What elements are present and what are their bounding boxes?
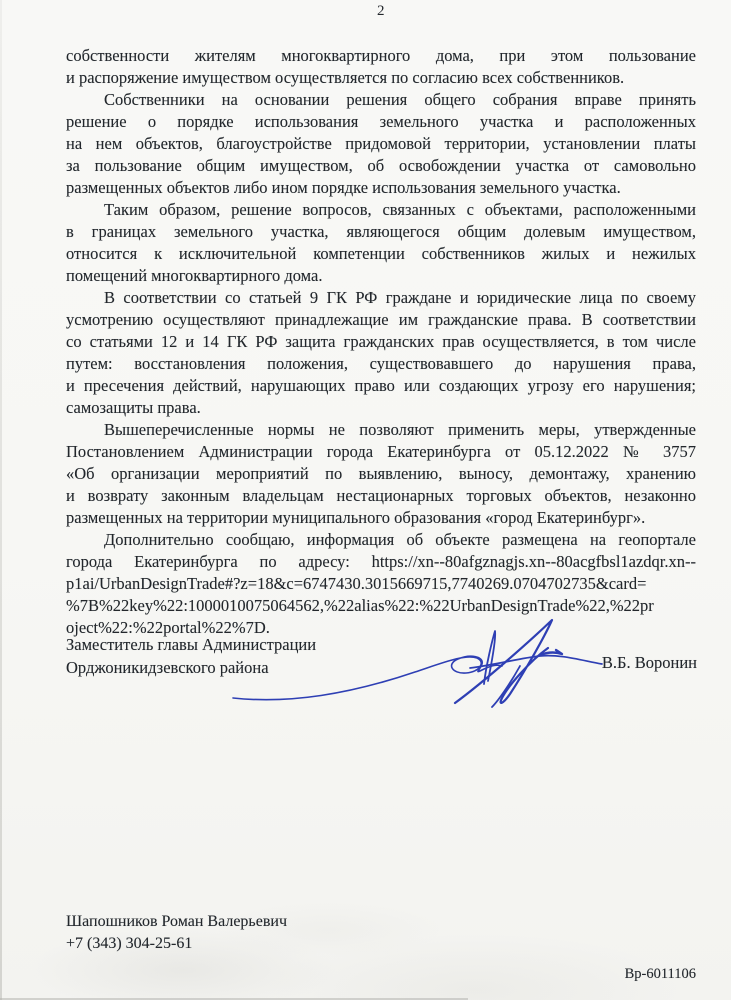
text-line: Собственники на основании решения общего… [66,89,696,111]
text-line: за пользование общим имуществом, об осво… [66,155,696,177]
handwritten-signature-ink [230,606,610,711]
executor-contacts: Шапошников Роман Валерьевич +7 (343) 304… [66,911,287,954]
scan-edge-left-line [0,0,2,1000]
document-page: 2 собственности жителям многоквартирного… [0,0,731,1000]
text-line: «Об организации мероприятий по выявлению… [66,463,696,485]
text-line: Дополнительно сообщаю, информация об объ… [66,529,696,551]
executor-name: Шапошников Роман Валерьевич [66,911,287,933]
text-line: p1ai/UrbanDesignTrade#?z=18&c=6747430.30… [66,573,696,595]
text-line: на нем объектов, благоустройстве придомо… [66,133,696,155]
text-line: усмотрению осуществляют принадлежащие им… [66,309,696,331]
text-line: Постановлением Администрации города Екат… [66,441,696,463]
text-line: и распоряжение имуществом осуществляется… [66,67,696,89]
text-line: и пресечения действий, нарушающих право … [66,375,696,397]
text-line: решение о порядке использования земельно… [66,111,696,133]
text-line: Вышеперечисленные нормы не позволяют при… [66,419,696,441]
text-line: города Екатеринбурга по адресу: https://… [66,551,696,573]
text-line: относится к исключительной компетенции с… [66,243,696,265]
text-line: Таким образом, решение вопросов, связанн… [66,199,696,221]
text-line: путем: восстановления положения, существ… [66,353,696,375]
page-number: 2 [66,3,696,20]
text-line: размещенных на территории муниципального… [66,507,696,529]
letter-body-text: собственности жителям многоквартирного д… [66,45,696,639]
text-line: и возврату законным владельцам нестацион… [66,485,696,507]
text-line: в границах земельного участка, являющего… [66,221,696,243]
text-line: размещенных объектов либо ином порядке и… [66,177,696,199]
text-line: со статьями 12 и 14 ГК РФ защита граждан… [66,331,696,353]
document-registration-code: Вр-6011106 [625,966,696,983]
text-line: собственности жителям многоквартирного д… [66,45,696,67]
text-line: В соответствии со статьей 9 ГК РФ гражда… [66,287,696,309]
text-line: самозащиты права. [66,397,696,419]
signer-name: В.Б. Воронин [602,653,697,673]
text-line: помещений многоквартирного дома. [66,265,696,287]
executor-phone: +7 (343) 304-25-61 [66,933,287,955]
